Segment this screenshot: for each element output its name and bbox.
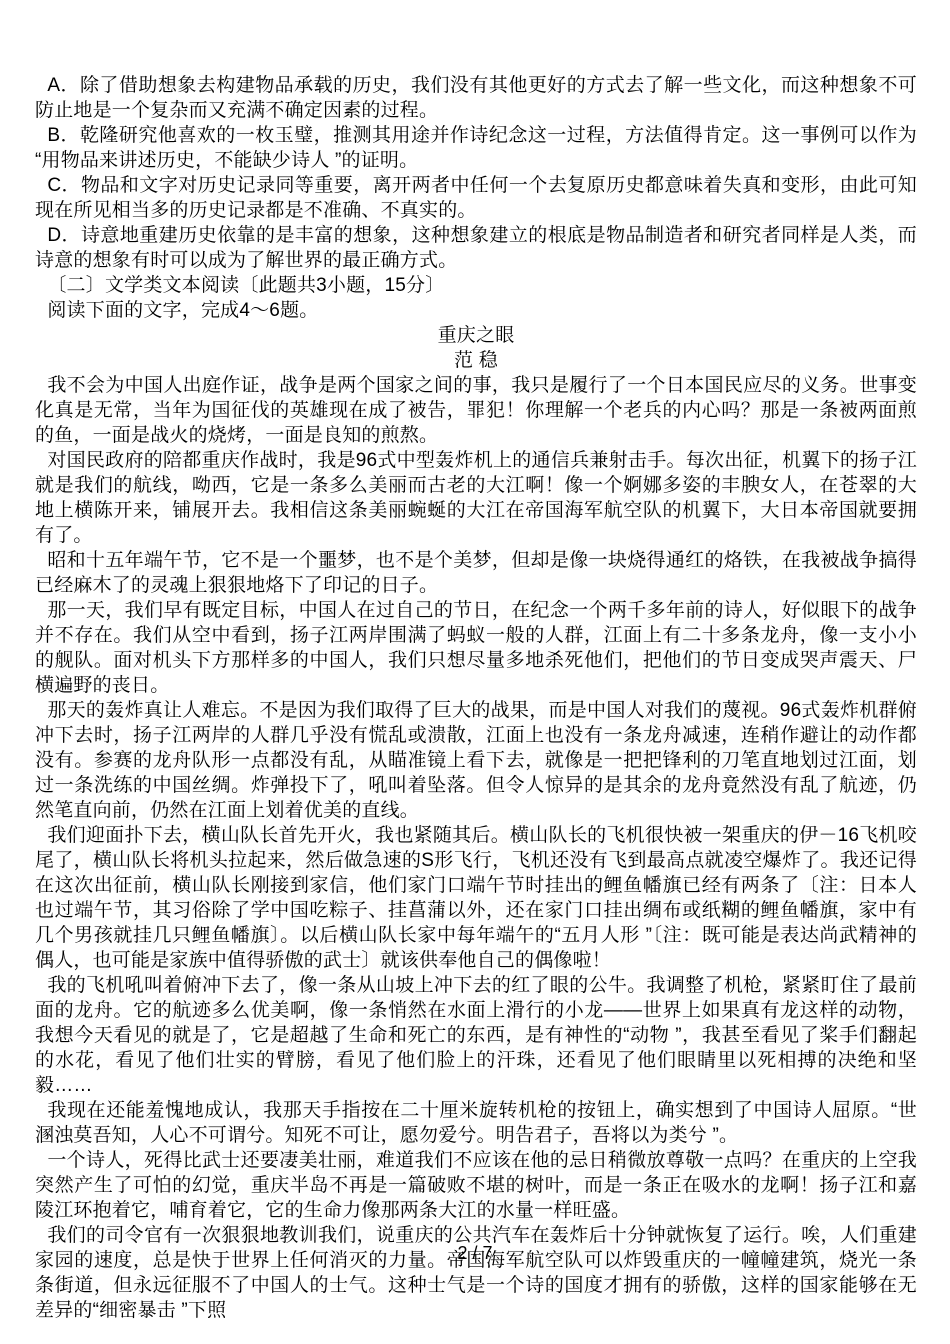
reading-instruction: 阅读下面的文字，完成4～6题。 (35, 298, 917, 323)
section-heading: 〔二〕文学类文本阅读〔此题共3小题，15分〕 (35, 273, 917, 298)
passage-paragraph: 我不会为中国人出庭作证，战争是两个国家之间的事，我只是履行了一个日本国民应尽的义… (35, 373, 917, 448)
passage-paragraph: 我现在还能羞愧地成认，我那天手指按在二十厘米旋转机枪的按钮上，确实想到了中国诗人… (35, 1098, 917, 1148)
page-number: 2 / 7 (0, 1242, 950, 1264)
passage-paragraph: 那天的轰炸真让人难忘。不是因为我们取得了巨大的战果，而是中国人对我们的蔑视。96… (35, 698, 917, 823)
option-a: A．除了借助想象去构建物品承载的历史，我们没有其他更好的方式去了解一些文化，而这… (35, 73, 917, 123)
passage-paragraph: 一个诗人，死得比武士还要凄美壮丽，难道我们不应该在他的忌日稍微放尊敬一点吗？在重… (35, 1148, 917, 1223)
passage-title: 重庆之眼 (35, 323, 917, 348)
passage-paragraph: 昭和十五年端午节，它不是一个噩梦，也不是个美梦，但却是像一块烧得通红的烙铁，在我… (35, 548, 917, 598)
option-c: C．物品和文字对历史记录同等重要，离开两者中任何一个去复原历史都意味着失真和变形… (35, 173, 917, 223)
passage-paragraph: 对国民政府的陪都重庆作战时，我是96式中型轰炸机上的通信兵兼射击手。每次出征，机… (35, 448, 917, 548)
passage-paragraph: 我的飞机吼叫着俯冲下去了，像一条从山坡上冲下去的红了眼的公牛。我调整了机枪，紧紧… (35, 973, 917, 1098)
passage-paragraph: 我们迎面扑下去，横山队长首先开火，我也紧随其后。横山队长的飞机很快被一架重庆的伊… (35, 823, 917, 973)
document-page: A．除了借助想象去构建物品承载的历史，我们没有其他更好的方式去了解一些文化，而这… (0, 0, 950, 1344)
passage-paragraph: 那一天，我们早有既定目标，中国人在过自己的节日，在纪念一个两千多年前的诗人，好似… (35, 598, 917, 698)
passage-paragraph: 我们的司令官有一次狠狠地教训我们，说重庆的公共汽车在轰炸后十分钟就恢复了运行。唉… (35, 1223, 917, 1323)
option-d: D．诗意地重建历史依靠的是丰富的想象，这种想象建立的根底是物品制造者和研究者同样… (35, 223, 917, 273)
passage-author: 范 稳 (35, 348, 917, 373)
option-b: B．乾隆研究他喜欢的一枚玉璧，推测其用途并作诗纪念这一过程，方法值得肯定。这一事… (35, 123, 917, 173)
